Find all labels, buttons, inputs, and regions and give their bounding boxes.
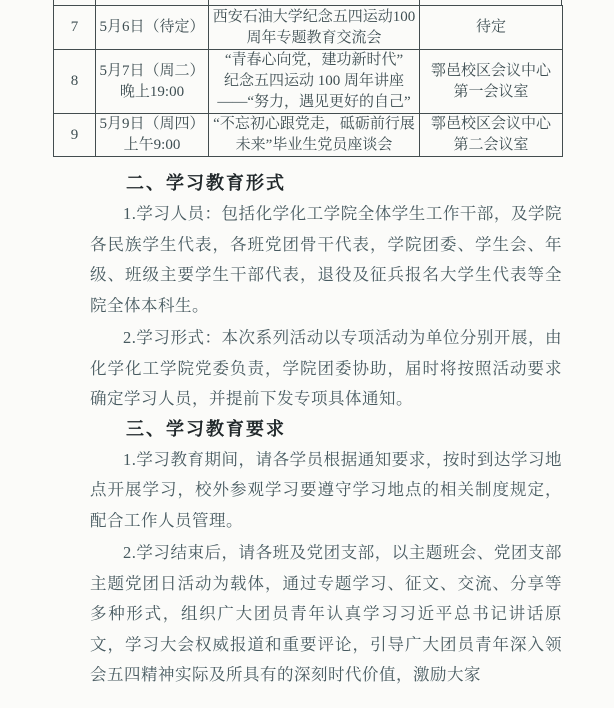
location-cell: 待定 [420,6,563,50]
table-cut-row [53,0,562,5]
location-cell: 鄠邑校区会议中心 第二会议室 [420,114,563,157]
location-cell: 鄠邑校区会议中心 第一会议室 [420,50,563,114]
paragraph: 2.学习形式：本次系列活动以专项活动为单位分别开展，由化学化工学院党委负责，学院… [90,323,562,415]
date-cell: 5月9日（周四） 上午9:00 [96,114,209,157]
section-heading-study-format: 二、学习教育形式 [90,171,562,195]
event-cell: “青春心向党，建功新时代” 纪念五四运动 100 周年讲座 ——“努力，遇见更好… [209,50,420,114]
row-number-cell: 9 [54,114,96,157]
section-heading-study-requirements: 三、学习教育要求 [90,417,562,441]
row-number-cell: 7 [54,6,96,50]
document-page: 7 5月6日（待定） 西安石油大学纪念五四运动100 周年专题教育交流会 待定 … [0,0,614,708]
document-body: 二、学习教育形式 1.学习人员：包括化学化工学院全体学生工作干部，及学院各民族学… [90,171,562,691]
paragraph: 2.学习结束后，请各班及党团支部，以主题班会、党团支部主题党团日活动为载体，通过… [90,538,562,691]
table-row: 9 5月9日（周四） 上午9:00 “不忘初心跟党走，砥砺前行展 未来”毕业生党… [54,114,563,157]
row-number-cell: 8 [54,50,96,114]
paragraph: 1.学习教育期间，请各学员根据通知要求，按时到达学习地点开展学习，校外参观学习要… [90,445,562,537]
date-cell: 5月6日（待定） [96,6,209,50]
event-cell: 西安石油大学纪念五四运动100 周年专题教育交流会 [209,6,420,50]
schedule-table: 7 5月6日（待定） 西安石油大学纪念五四运动100 周年专题教育交流会 待定 … [53,0,562,157]
paragraph: 1.学习人员：包括化学化工学院全体学生工作干部，及学院各民族学生代表，各班党团骨… [90,199,562,321]
event-cell: “不忘初心跟党走，砥砺前行展 未来”毕业生党员座谈会 [209,114,420,157]
table-row: 8 5月7日（周二） 晚上19:00 “青春心向党，建功新时代” 纪念五四运动 … [54,50,563,114]
table-row: 7 5月6日（待定） 西安石油大学纪念五四运动100 周年专题教育交流会 待定 [54,6,563,50]
date-cell: 5月7日（周二） 晚上19:00 [96,50,209,114]
